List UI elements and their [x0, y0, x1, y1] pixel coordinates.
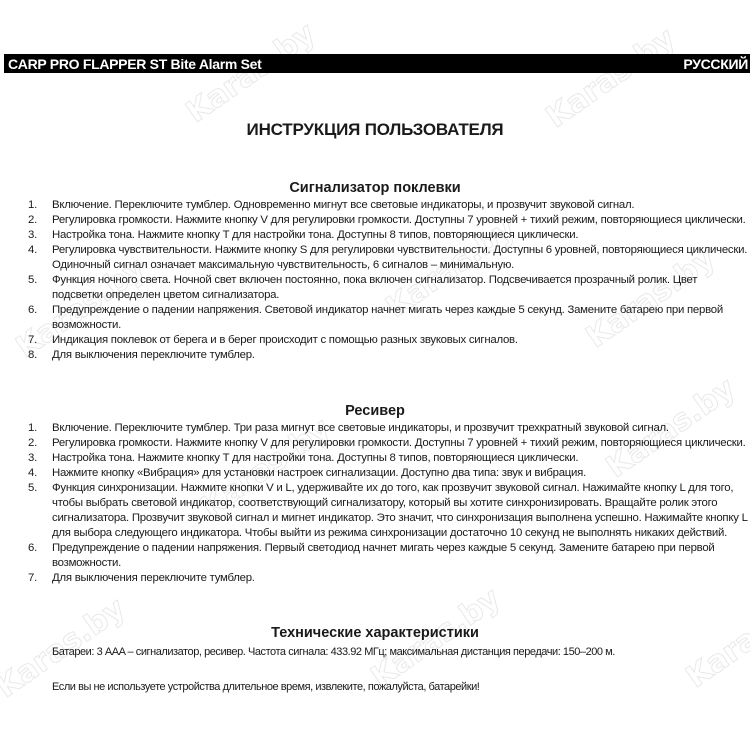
product-name: CARP PRO FLAPPER ST Bite Alarm Set	[8, 56, 262, 72]
language-label: РУССКИЙ	[683, 56, 748, 72]
item-text: Регулировка громкости. Нажмите кнопку V …	[52, 214, 746, 226]
item-number: 6.	[28, 303, 37, 318]
section-title-receiver: Ресивер	[0, 403, 750, 419]
bite-alarm-list: 1.Включение. Переключите тумблер. Одновр…	[0, 198, 750, 363]
item-number: 4.	[28, 466, 37, 481]
section-title-bite-alarm: Сигнализатор поклевки	[0, 180, 750, 196]
document-title: ИНСТРУКЦИЯ ПОЛЬЗОВАТЕЛЯ	[0, 120, 750, 140]
item-text: Регулировка чувствительности. Нажмите кн…	[52, 244, 747, 271]
item-number: 8.	[28, 348, 37, 363]
item-number: 3.	[28, 228, 37, 243]
list-item: 4.Нажмите кнопку «Вибрация» для установк…	[0, 466, 750, 481]
item-text: Индикация поклевок от берега и в берег п…	[52, 334, 518, 346]
item-number: 5.	[28, 481, 37, 496]
item-number: 5.	[28, 273, 37, 288]
item-text: Функция синхронизации. Нажмите кнопки V …	[52, 482, 748, 539]
list-item: 2.Регулировка громкости. Нажмите кнопку …	[0, 436, 750, 451]
list-item: 5.Функция синхронизации. Нажмите кнопки …	[0, 481, 750, 541]
item-number: 2.	[28, 213, 37, 228]
item-number: 2.	[28, 436, 37, 451]
item-number: 1.	[28, 421, 37, 436]
item-number: 3.	[28, 451, 37, 466]
list-item: 8.Для выключения переключите тумблер.	[0, 348, 750, 363]
item-text: Функция ночного света. Ночной свет включ…	[52, 274, 697, 301]
list-item: 6.Предупреждение о падении напряжения. С…	[0, 303, 750, 333]
list-item: 1.Включение. Переключите тумблер. Одновр…	[0, 198, 750, 213]
list-item: 7.Для выключения переключите тумблер.	[0, 571, 750, 586]
battery-note: Если вы не используете устройства длител…	[52, 680, 479, 695]
item-number: 7.	[28, 571, 37, 586]
list-item: 4.Регулировка чувствительности. Нажмите …	[0, 243, 750, 273]
item-text: Настройка тона. Нажмите кнопку T для нас…	[52, 229, 578, 241]
item-text: Регулировка громкости. Нажмите кнопку V …	[52, 437, 746, 449]
item-number: 7.	[28, 333, 37, 348]
list-item: 3.Настройка тона. Нажмите кнопку T для н…	[0, 451, 750, 466]
item-text: Нажмите кнопку «Вибрация» для установки …	[52, 467, 586, 479]
list-item: 3.Настройка тона. Нажмите кнопку T для н…	[0, 228, 750, 243]
list-item: 1.Включение. Переключите тумблер. Три ра…	[0, 421, 750, 436]
list-item: 2.Регулировка громкости. Нажмите кнопку …	[0, 213, 750, 228]
item-number: 4.	[28, 243, 37, 258]
receiver-list: 1.Включение. Переключите тумблер. Три ра…	[0, 421, 750, 586]
list-item: 7.Индикация поклевок от берега и в берег…	[0, 333, 750, 348]
header-bar: CARP PRO FLAPPER ST Bite Alarm Set РУССК…	[4, 54, 750, 73]
item-text: Включение. Переключите тумблер. Одноврем…	[52, 199, 634, 211]
item-number: 6.	[28, 541, 37, 556]
specs-line: Батареи: 3 AAA – сигнализатор, ресивер. …	[52, 645, 615, 660]
item-text: Предупреждение о падении напряжения. Пер…	[52, 542, 715, 569]
watermark: Karas.by	[540, 21, 682, 135]
item-text: Для выключения переключите тумблер.	[52, 572, 255, 584]
list-item: 6.Предупреждение о падении напряжения. П…	[0, 541, 750, 571]
item-text: Настройка тона. Нажмите кнопку T для нас…	[52, 452, 578, 464]
section-title-specs: Технические характеристики	[0, 625, 750, 641]
item-text: Предупреждение о падении напряжения. Све…	[52, 304, 723, 331]
list-item: 5.Функция ночного света. Ночной свет вкл…	[0, 273, 750, 303]
item-number: 1.	[28, 198, 37, 213]
item-text: Включение. Переключите тумблер. Три раза…	[52, 422, 669, 434]
item-text: Для выключения переключите тумблер.	[52, 349, 255, 361]
